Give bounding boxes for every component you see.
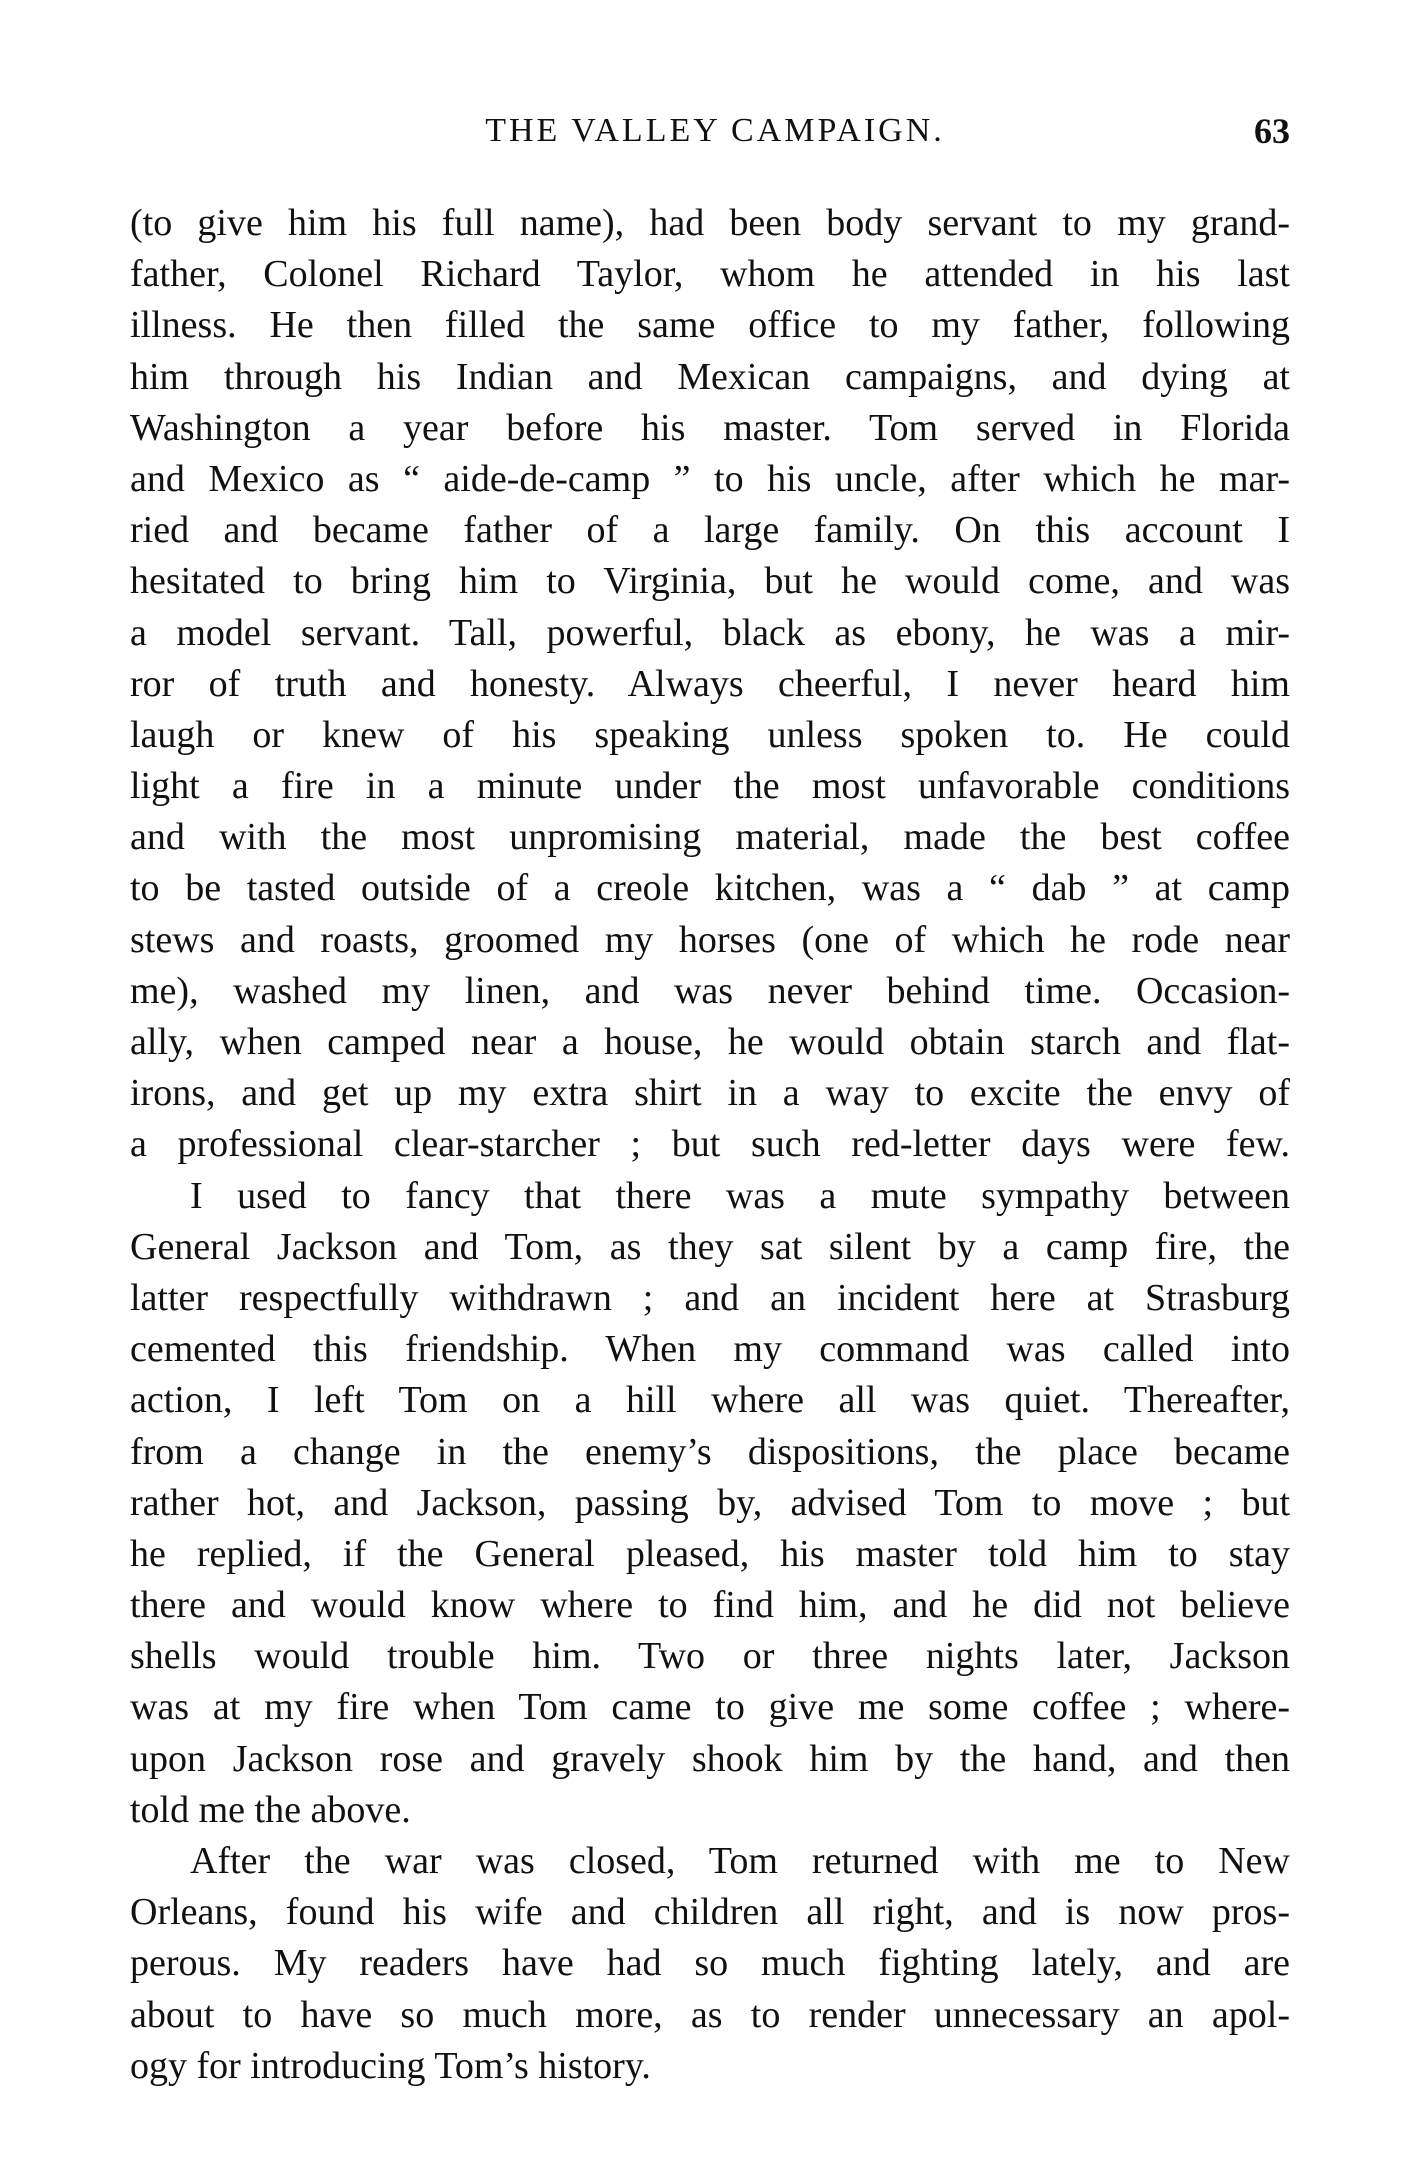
text-line: action, I left Tom on a hill where all w… [130, 1375, 1290, 1426]
text-line: was at my fire when Tom came to give me … [130, 1682, 1290, 1733]
text-line: Orleans, found his wife and children all… [130, 1887, 1290, 1938]
text-line: light a fire in a minute under the most … [130, 761, 1290, 812]
text-line: to be tasted outside of a creole kitchen… [130, 863, 1290, 914]
text-line: cemented this friendship. When my comman… [130, 1324, 1290, 1375]
text-line: ror of truth and honesty. Always cheerfu… [130, 659, 1290, 710]
text-line: latter respectfully withdrawn ; and an i… [130, 1273, 1290, 1324]
text-line: I used to fancy that there was a mute sy… [130, 1171, 1290, 1222]
text-line: and Mexico as “ aide-de-camp ” to his un… [130, 454, 1290, 505]
paragraph-3: After the war was closed, Tom returned w… [130, 1836, 1290, 2092]
text-line: he replied, if the General pleased, his … [130, 1529, 1290, 1580]
text-line: him through his Indian and Mexican campa… [130, 352, 1290, 403]
running-head: THE VALLEY CAMPAIGN. 63 [130, 111, 1290, 151]
body-text: (to give him his full name), had been bo… [130, 198, 1290, 2092]
text-line: After the war was closed, Tom returned w… [130, 1836, 1290, 1887]
page-number: 63 [1254, 111, 1290, 151]
text-line: father, Colonel Richard Taylor, whom he … [130, 249, 1290, 300]
text-line: and with the most unpromising material, … [130, 812, 1290, 863]
text-line: Washington a year before his master. Tom… [130, 403, 1290, 454]
text-line: from a change in the enemy’s disposition… [130, 1427, 1290, 1478]
text-line: hesitated to bring him to Virginia, but … [130, 556, 1290, 607]
text-line: there and would know where to find him, … [130, 1580, 1290, 1631]
paragraph-2: I used to fancy that there was a mute sy… [130, 1171, 1290, 1836]
text-line: perous. My readers have had so much figh… [130, 1938, 1290, 1989]
text-line: upon Jackson rose and gravely shook him … [130, 1734, 1290, 1785]
running-title: THE VALLEY CAMPAIGN. [130, 111, 1290, 151]
text-line: irons, and get up my extra shirt in a wa… [130, 1068, 1290, 1119]
text-line: ried and became father of a large family… [130, 505, 1290, 556]
text-line: General Jackson and Tom, as they sat sil… [130, 1222, 1290, 1273]
text-line: ogy for introducing Tom’s history. [130, 2041, 1290, 2092]
text-line: told me the above. [130, 1785, 1290, 1836]
text-line: illness. He then filled the same office … [130, 300, 1290, 351]
text-line: a model servant. Tall, powerful, black a… [130, 608, 1290, 659]
text-line: laugh or knew of his speaking unless spo… [130, 710, 1290, 761]
text-line: rather hot, and Jackson, passing by, adv… [130, 1478, 1290, 1529]
text-line: a professional clear-starcher ; but such… [130, 1119, 1290, 1170]
paragraph-1: (to give him his full name), had been bo… [130, 198, 1290, 1171]
text-line: (to give him his full name), had been bo… [130, 198, 1290, 249]
text-line: me), washed my linen, and was never behi… [130, 966, 1290, 1017]
text-line: ally, when camped near a house, he would… [130, 1017, 1290, 1068]
text-line: stews and roasts, groomed my horses (one… [130, 915, 1290, 966]
text-line: shells would trouble him. Two or three n… [130, 1631, 1290, 1682]
text-line: about to have so much more, as to render… [130, 1990, 1290, 2041]
